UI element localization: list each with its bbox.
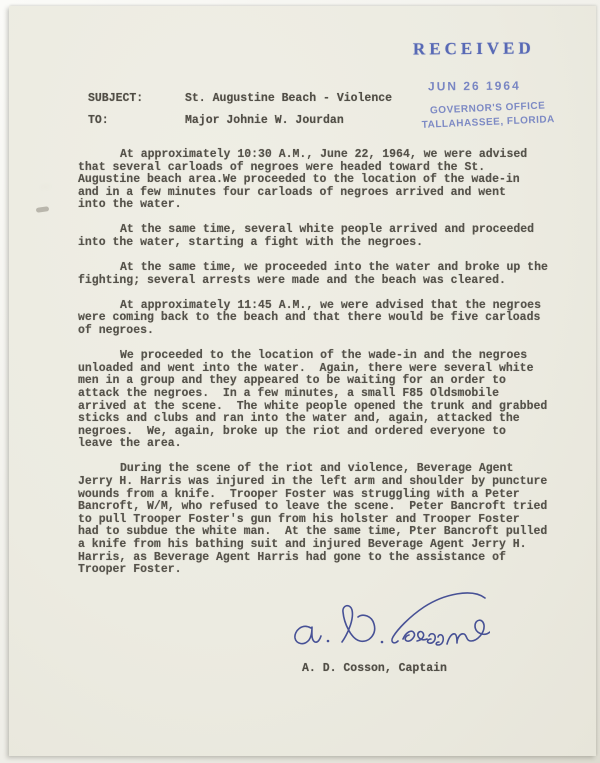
signature-cosson [403, 620, 490, 645]
smudge-mark [36, 206, 50, 213]
paragraph-3: At the same time, we proceeded into the … [78, 262, 552, 287]
to-value: Major Johnie W. Jourdan [185, 114, 344, 127]
to-row: TO:Major Johnie W. Jourdan [88, 114, 344, 127]
signature-dot-2 [381, 641, 384, 644]
signature-letter-a [295, 626, 321, 643]
paragraph-5: We proceeded to the location of the wade… [78, 350, 552, 451]
scanned-memo-page: RECEIVED JUN 26 1964 GOVERNOR'S OFFICE T… [0, 0, 600, 763]
signature-letter-d [342, 606, 375, 642]
signature-dot-1 [327, 640, 330, 643]
paper-sheet: RECEIVED JUN 26 1964 GOVERNOR'S OFFICE T… [9, 6, 596, 756]
governors-office-stamp: GOVERNOR'S OFFICE TALLAHASSEE, FLORIDA [412, 99, 563, 134]
subject-value: St. Augustine Beach - Violence [185, 92, 392, 105]
signature-ink [290, 586, 490, 658]
paragraph-2: At the same time, several white people a… [78, 224, 552, 249]
typed-signature-name: A. D. Cosson, Captain [302, 662, 447, 675]
subject-row: SUBJECT:St. Augustine Beach - Violence [88, 92, 392, 105]
paragraph-4: At approximately 11:45 A.M., we were adv… [78, 300, 552, 338]
to-label: TO: [88, 114, 185, 127]
memo-body: At approximately 10:30 A.M., June 22, 19… [78, 149, 552, 589]
paragraph-1: At approximately 10:30 A.M., June 22, 19… [78, 149, 552, 212]
paragraph-6: During the scene of the riot and violenc… [78, 463, 552, 576]
date-stamp: JUN 26 1964 [428, 79, 521, 94]
received-stamp: RECEIVED [413, 38, 535, 59]
subject-label: SUBJECT: [88, 92, 185, 105]
